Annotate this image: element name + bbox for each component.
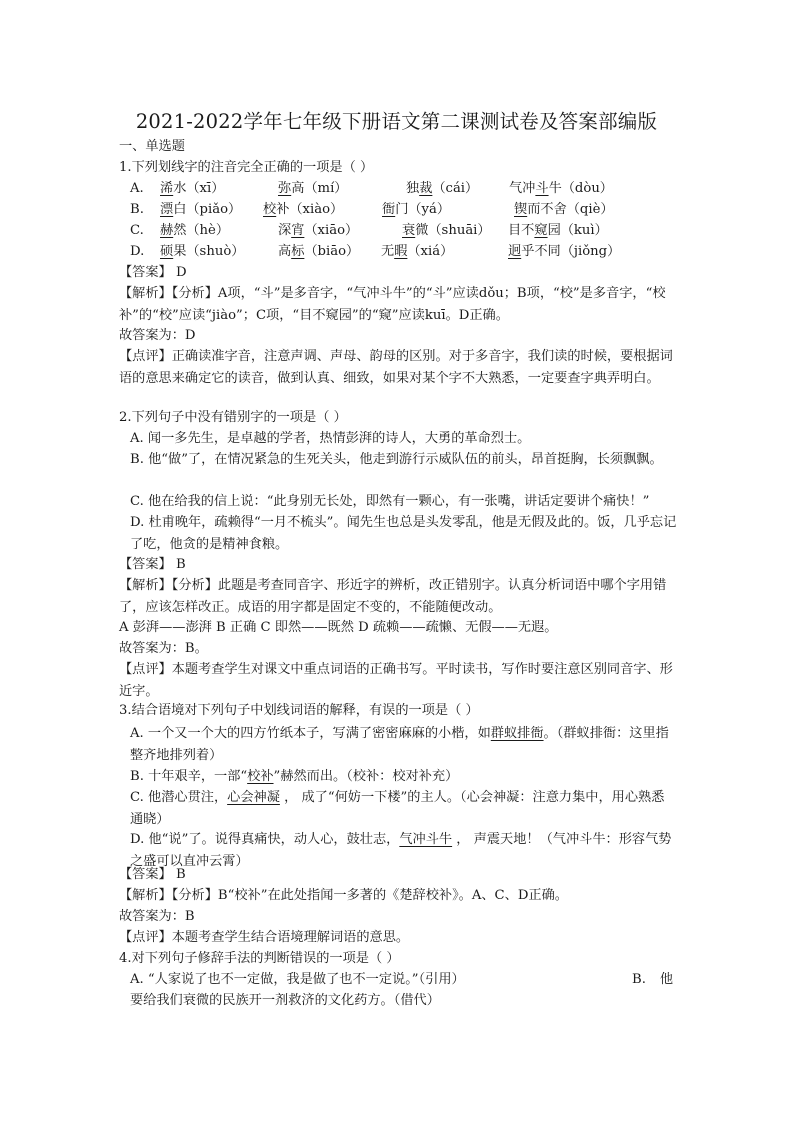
- q2-answer: 【答案】 B: [119, 556, 186, 574]
- q1-option-item: 独裁（cái）: [406, 180, 478, 198]
- q1-option-label: C.: [130, 222, 144, 240]
- q1-option-item: 无暇（xiá）: [381, 243, 453, 261]
- q1-option-label: A.: [130, 180, 144, 198]
- q1-option-item: 硕果（shuò）: [160, 243, 244, 261]
- q2-option-d: D. 杜甫晚年，疏赖得“一月不梳头”。闻先生也总是头发零乱，他是无假及此的。饭，…: [130, 512, 677, 555]
- q4-option-a: A. “人家说了也不一定做，我是做了也不一定说。”（引用）: [130, 971, 465, 989]
- q1-stem: 1.下列划线字的注音完全正确的一项是（ ）: [119, 159, 373, 177]
- q1-analysis: 【解析】【分析】A项，“斗”是多音字，“气冲斗牛”的“斗”应读dǒu；B项，“校…: [119, 283, 677, 326]
- q2-analysis: 【解析】【分析】此题是考查同音字、形近字的辨析，改正错别字。认真分析词语中哪个字…: [119, 575, 677, 618]
- q1-option-label: B.: [130, 201, 144, 219]
- q3-comment: 【点评】本题考查学生结合语境理解词语的意思。: [119, 929, 409, 947]
- q1-option-item: 迥乎不同（jiǒng）: [508, 243, 620, 261]
- q3-final-answer: 故答案为：B: [119, 908, 195, 926]
- q1-answer: 【答案】 D: [119, 264, 187, 282]
- q1-option-item: 浠水（xī）: [160, 180, 224, 198]
- q2-corrections: A 彭湃——澎湃 B 正确 C 即然——既然 D 疏赖——疏懒、无假——无遐。: [119, 619, 557, 637]
- q1-option-item: 目不窥园（kuì）: [508, 222, 608, 240]
- q1-option-label: D.: [130, 243, 144, 261]
- q3-answer: 【答案】 B: [119, 866, 186, 884]
- q3-option-d: D. 他“说”了。说得真痛快，动人心，鼓壮志，气冲斗牛 ， 声震天地！（气冲斗牛…: [130, 829, 677, 872]
- document-title: 2021-2022学年七年级下册语文第二课测试卷及答案部编版: [0, 106, 793, 134]
- q1-final-answer: 故答案为：D: [119, 327, 196, 345]
- q3-analysis: 【解析】【分析】B“校补”在此处指闻一多著的《楚辞校补》。A、C、D正确。: [119, 887, 568, 905]
- q2-option-b: B. 他“做”了，在情况紧急的生死关头，他走到游行示威队伍的前头，昂首挺胸，长须…: [130, 449, 677, 471]
- q1-option-item: 衰微（shuāi）: [402, 222, 491, 240]
- q1-option-item: 弥高（mí）: [278, 180, 347, 198]
- q1-option-item: 赫然（hè）: [160, 222, 229, 240]
- q3-stem: 3.结合语境对下列句子中划线词语的解释，有误的一项是（ ）: [119, 702, 479, 720]
- q3-option-b: B. 十年艰辛，一部“校补”赫然而出。（校补：校对补充）: [130, 766, 677, 788]
- section-heading: 一、单选题: [119, 138, 185, 156]
- q1-option-item: 高标（biāo）: [278, 243, 359, 261]
- q2-final-answer: 故答案为：B。: [119, 640, 208, 658]
- q4-option-b-cont: 要给我们衰微的民族开一剂救济的文化药方。（借代）: [130, 992, 440, 1010]
- q4-option-b-start: B.他: [632, 971, 673, 989]
- q2-stem: 2.下列句子中没有错别字的一项是（ ）: [119, 409, 347, 427]
- q1-option-item: 校补（xiào）: [263, 201, 343, 219]
- q1-option-item: 漂白（piǎo）: [160, 201, 241, 219]
- q3-option-c: C. 他潜心贯注，心会神凝 ， 成了“何妨一下楼”的主人。（心会神凝：注意力集中…: [130, 787, 677, 830]
- q1-option-item: 气冲斗牛（dòu）: [509, 180, 613, 198]
- q2-option-a: A. 闻一多先生，是卓越的学者，热情彭湃的诗人，大勇的革命烈士。: [130, 430, 530, 448]
- q2-comment: 【点评】本题考查学生对课文中重点词语的正确书写。平时读书，写作时要注意区别同音字…: [119, 659, 677, 702]
- q4-stem: 4.对下列句子修辞手法的判断错误的一项是（ ）: [119, 950, 400, 968]
- q2-option-c: C. 他在给我的信上说：“此身别无长处，即然有一颗心，有一张嘴，讲话定要讲个痛快…: [130, 493, 649, 511]
- q3-option-a: A. 一个又一个大的四方竹纸本子，写满了密密麻麻的小楷，如群蚁排衙。（群蚁排衙：…: [130, 723, 677, 766]
- q1-comment: 【点评】正确读准字音，注意声调、声母、韵母的区别。对于多音字，我们读的时候，要根…: [119, 346, 677, 389]
- q1-option-item: 深宵（xiāo）: [278, 222, 358, 240]
- q1-option-item: 衙门（yá）: [382, 201, 450, 219]
- q1-option-item: 锲而不舍（qiè）: [514, 201, 614, 219]
